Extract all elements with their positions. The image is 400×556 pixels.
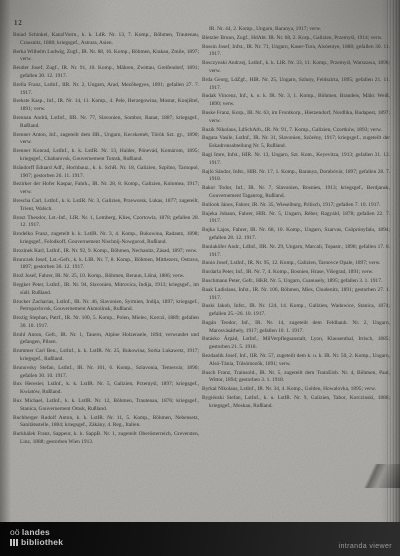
viewer-footer-bar: oölandes bibliothek intranda viewer: [0, 522, 400, 556]
register-entry: Bletzler Brunn, Zugf., HdAbt. IR. Nr. 68…: [202, 35, 390, 43]
register-entry: Bux Michael, LstInf., k. k. LstIR. Nr. 1…: [13, 398, 199, 414]
page-edge-striations: [387, 0, 400, 522]
library-logo-line2: bibliothek: [10, 537, 63, 547]
register-entry: Buski Jakob, Infst., IR. Nr. 124, 14. Ko…: [202, 303, 390, 319]
register-entry: Bakor Todor, Inf., IR. Nr. 7, Slavonien,…: [202, 185, 390, 201]
register-entry: Brennan Andrä, LstInf., IIR. Nr. 77, Sla…: [13, 115, 199, 131]
register-entry: Bugara Vasile, LstInf., IR. Nr. 31, Slav…: [202, 135, 390, 151]
library-logo-word1: landes: [22, 527, 50, 537]
register-entry: Brosz Theodor, Lst.-Inf., LIR. Nr. 1, Le…: [13, 215, 199, 231]
register-entry: Brescha Carl, LstInf., k. k. LstIR. Nr. …: [13, 198, 199, 214]
register-entry: Byrkal Nikolaus, LstInf., IR. Nr. 34, 4.…: [202, 386, 390, 394]
register-column-left: Bniad Schinkel, KanzlVorm., k. k. LdR. N…: [13, 32, 199, 510]
page-corner-fold: [348, 464, 400, 488]
register-entry: Busch Franz, Trainsold., IR. Nr. 5, zuge…: [202, 370, 390, 386]
register-entry: Brunovsky Stefan, LstInf., IR. Nr. 101, …: [13, 365, 199, 381]
register-entry: Bniad Schinkel, KanzlVorm., k. k. LdR. N…: [13, 32, 199, 48]
register-entry: Beutler Josef, Zugf., IR. Nr. 91, 10. Ko…: [13, 65, 199, 81]
library-logo-prefix: oö: [10, 527, 20, 537]
register-entry: Buske Franz, Korp., IR. Nr. 63, im Front…: [202, 110, 390, 126]
register-entry: Burkhálek Franz, Sappeur, k. k. SappB. N…: [13, 431, 199, 447]
page-number: 12: [14, 20, 23, 27]
register-entry: Brożig Stephan, Patrf., IR. Nr. 100, 5. …: [13, 315, 199, 331]
register-entry: Brummer Carl Ben., LstInf., k. k. LstIR.…: [13, 348, 199, 364]
register-entry: Brož Josef, Fahrer, IR. Nr. 25, 10. Komp…: [13, 273, 199, 281]
register-entry: Butásko Árpád, LstInf., MilVerpflegsanst…: [202, 336, 390, 352]
register-entry: Bugán Teodor, Inf., IR. Nr. 14, zugeteil…: [202, 320, 390, 336]
register-entry: Bruhl Anton, Gefr., IR. Nr. 1, Tauern, A…: [13, 332, 199, 348]
register-entry: Bygiénski Stefan, LstInf., k. u. LstIR. …: [202, 395, 390, 411]
register-entry: Brunczek Josef, Lst.-Gefr., k. k. LIR. N…: [13, 257, 199, 273]
register-entry: Bezdanlik Josef, Inf., IIR. Nr. 57, zuge…: [202, 353, 390, 369]
register-entry: IR. Nr. 44, 2. Komp., Ungarn, Baranya, 1…: [202, 26, 390, 34]
register-entry: Bosczynski Andrzej, LstInf., k. k. LIR. …: [202, 60, 390, 76]
register-entry: Bręgker Peter, LstInf., IR. Nr. 94, Slav…: [13, 282, 199, 298]
register-entry: Brella Franz, LstInf., IIR. Nr. 2, Ungar…: [13, 82, 199, 98]
register-entry: Brenner Anton, Inf., zugeteilt dem IIR.,…: [13, 132, 199, 148]
register-entry: Bunlaköfer Andr., LdInf., IIR. Nr. 29, U…: [202, 244, 390, 260]
register-entry: Bullook János, Fahrer, IR. Nr. 35, Wiese…: [202, 202, 390, 210]
register-entry: Buchberger Rudolf Anton, k. k. LstIR. Nr…: [13, 415, 199, 431]
library-logo-word2: bibliothek: [21, 537, 63, 547]
register-entry: Brenner Konrad, LstInf., k. k. LstIR. Nr…: [13, 148, 199, 164]
register-entry: Bezirker der Hofer Kaspar, Fahrk., IR. N…: [13, 181, 199, 197]
register-entry: Berka Wilhelm Ludwig, Zugf., IR. Nr. 88,…: [13, 49, 199, 65]
register-entry: Brodelko Franz, zugeteilt k. k. LstIR. N…: [13, 231, 199, 247]
register-entry: Bujka Lajos, Fahrer, IR. Nr. 68, 10. Kom…: [202, 227, 390, 243]
register-entry: Brda Georg, LdZgf., HIR. Nr. 25, Ungarn,…: [202, 77, 390, 93]
register-entry: Bossin Josef, Infst., IR. Nr. 71, Ungarn…: [202, 44, 390, 60]
register-entry: Bagi Imre, Infst., HIR. Nr. 13, Ungarn, …: [202, 152, 390, 168]
register-entry: Bajló Sándor, Infst., HIR. Nr. 17, 1. Ko…: [202, 169, 390, 185]
register-entry: Brändorff Eduard Adf., Hochbauz., k. k. …: [13, 165, 199, 181]
viewer-watermark: intranda viewer: [339, 543, 392, 550]
register-entry: Buschmann Peter, Gefr., HKR. Nr. 5, Unga…: [202, 278, 390, 286]
register-entry: Bux Heresier, LstInf., k. k. LstIR. Nr. …: [13, 381, 199, 397]
register-entry: Burdarla Peter, Inf., IR. Nr. 7, 4. Komp…: [202, 269, 390, 277]
library-logo-line1: oölandes: [10, 527, 63, 537]
register-entry: Brucker Zacharias, LstInf., IR. Nr. 46, …: [13, 299, 199, 315]
register-entry: Bujeka Johann, Fahrer, HIR. Nr. 5, Ungar…: [202, 211, 390, 227]
viewer-page: 12 Bniad Schinkel, KanzlVorm., k. k. LdR…: [0, 0, 400, 556]
register-entry: Baak Ladislaus, Infst., IR. Nr. 106, Böh…: [202, 287, 390, 303]
register-entry: Brozinek Karl, LstInf., IR. Nr. 92, 9. K…: [13, 248, 199, 256]
register-entry: Buzik Nikolaus, LdSchArb., IR. Nr. 91, 7…: [202, 127, 390, 135]
register-entry: Bunio Josef, LstInf., IR. Nr. 95, 12. Ko…: [202, 260, 390, 268]
three-bars-icon: [10, 539, 18, 546]
register-entry: Budak Vincenz, Inf., k. u. k. IR. Nr. 3,…: [202, 93, 390, 109]
library-logo: oölandes bibliothek: [10, 527, 63, 547]
scanned-page: 12 Bniad Schinkel, KanzlVorm., k. k. LdR…: [0, 0, 400, 522]
register-column-right: IR. Nr. 44, 2. Komp., Ungarn, Baranya, 1…: [202, 26, 390, 514]
register-entry: Brekste Kasp., Inf., IR. Nr. 14, 11. Kom…: [13, 98, 199, 114]
